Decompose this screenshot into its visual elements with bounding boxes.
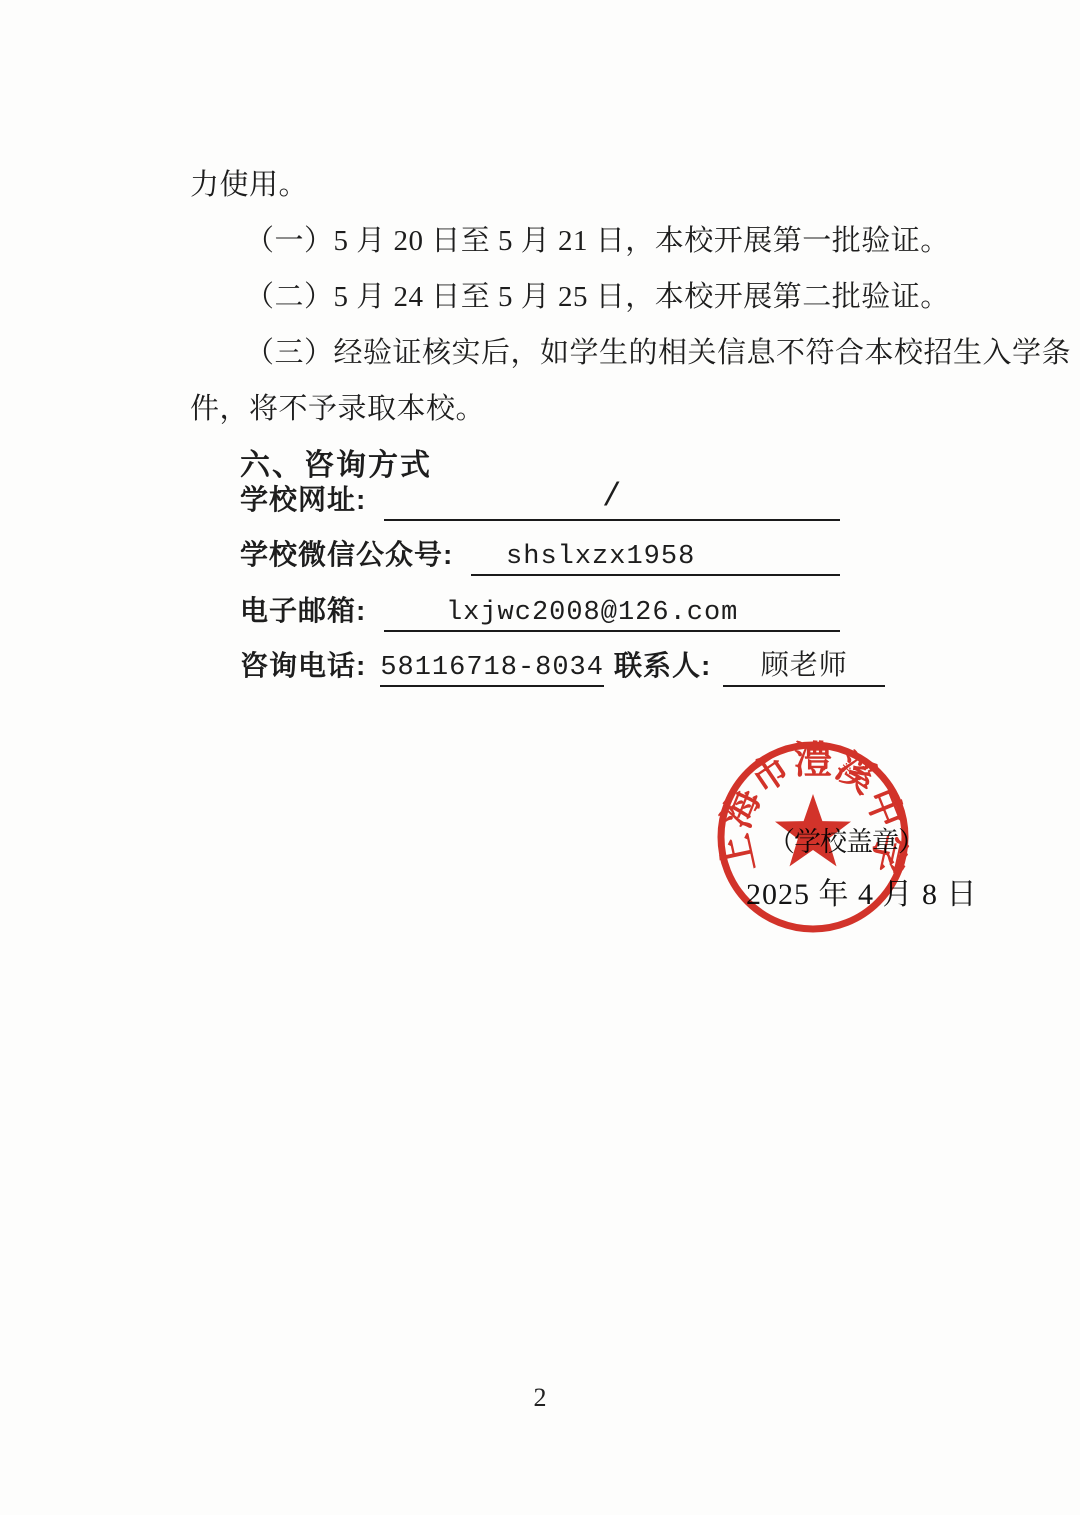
paragraph-line: 力使用。 xyxy=(190,157,950,213)
phone-fill-line: 58116718-8034 xyxy=(380,639,604,687)
website-fill-line: / xyxy=(384,473,840,521)
wechat-label: 学校微信公众号: xyxy=(240,533,453,576)
wechat-fill-line: shslxzx1958 xyxy=(471,528,840,576)
document-page: 力使用。 （一）5 月 20 日至 5 月 21 日，本校开展第一批验证。 （二… xyxy=(0,0,1080,1515)
page-number: 2 xyxy=(0,1383,1080,1413)
phone-row: 咨询电话: 58116718-8034 联系人: 顾老师 xyxy=(240,639,840,687)
wechat-row: 学校微信公众号: shslxzx1958 xyxy=(240,528,840,576)
email-row: 电子邮箱: lxjwc2008@126.com xyxy=(240,584,840,632)
paragraph-line: （三）经验证核实后，如学生的相关信息不符合本校招生入学条 xyxy=(190,325,950,381)
paragraph-line: （一）5 月 20 日至 5 月 21 日，本校开展第一批验证。 xyxy=(190,213,950,269)
wechat-value: shslxzx1958 xyxy=(506,542,695,574)
phone-label: 咨询电话: xyxy=(240,644,366,687)
seal-security-mark: ※ xyxy=(841,761,852,776)
email-fill-line: lxjwc2008@126.com xyxy=(384,584,840,632)
contact-person-fill-line: 顾老师 xyxy=(723,639,885,687)
website-label: 学校网址: xyxy=(240,478,366,521)
website-row: 学校网址: / xyxy=(240,473,840,521)
paragraph-line: （二）5 月 24 日至 5 月 25 日，本校开展第二批验证。 xyxy=(190,269,950,325)
email-label: 电子邮箱: xyxy=(240,589,366,632)
website-value: / xyxy=(602,478,622,519)
contact-person-value: 顾老师 xyxy=(761,643,848,685)
phone-value: 58116718-8034 xyxy=(380,653,604,685)
paragraph-line: 件，将不予录取本校。 xyxy=(190,381,950,437)
seal-star-icon xyxy=(775,794,851,866)
email-value: lxjwc2008@126.com xyxy=(446,598,738,630)
body-paragraphs: 力使用。 （一）5 月 20 日至 5 月 21 日，本校开展第一批验证。 （二… xyxy=(190,157,950,437)
school-seal-stamp: 上海市澧溪中学 ※ xyxy=(713,737,913,937)
contact-person-label: 联系人: xyxy=(614,644,711,687)
